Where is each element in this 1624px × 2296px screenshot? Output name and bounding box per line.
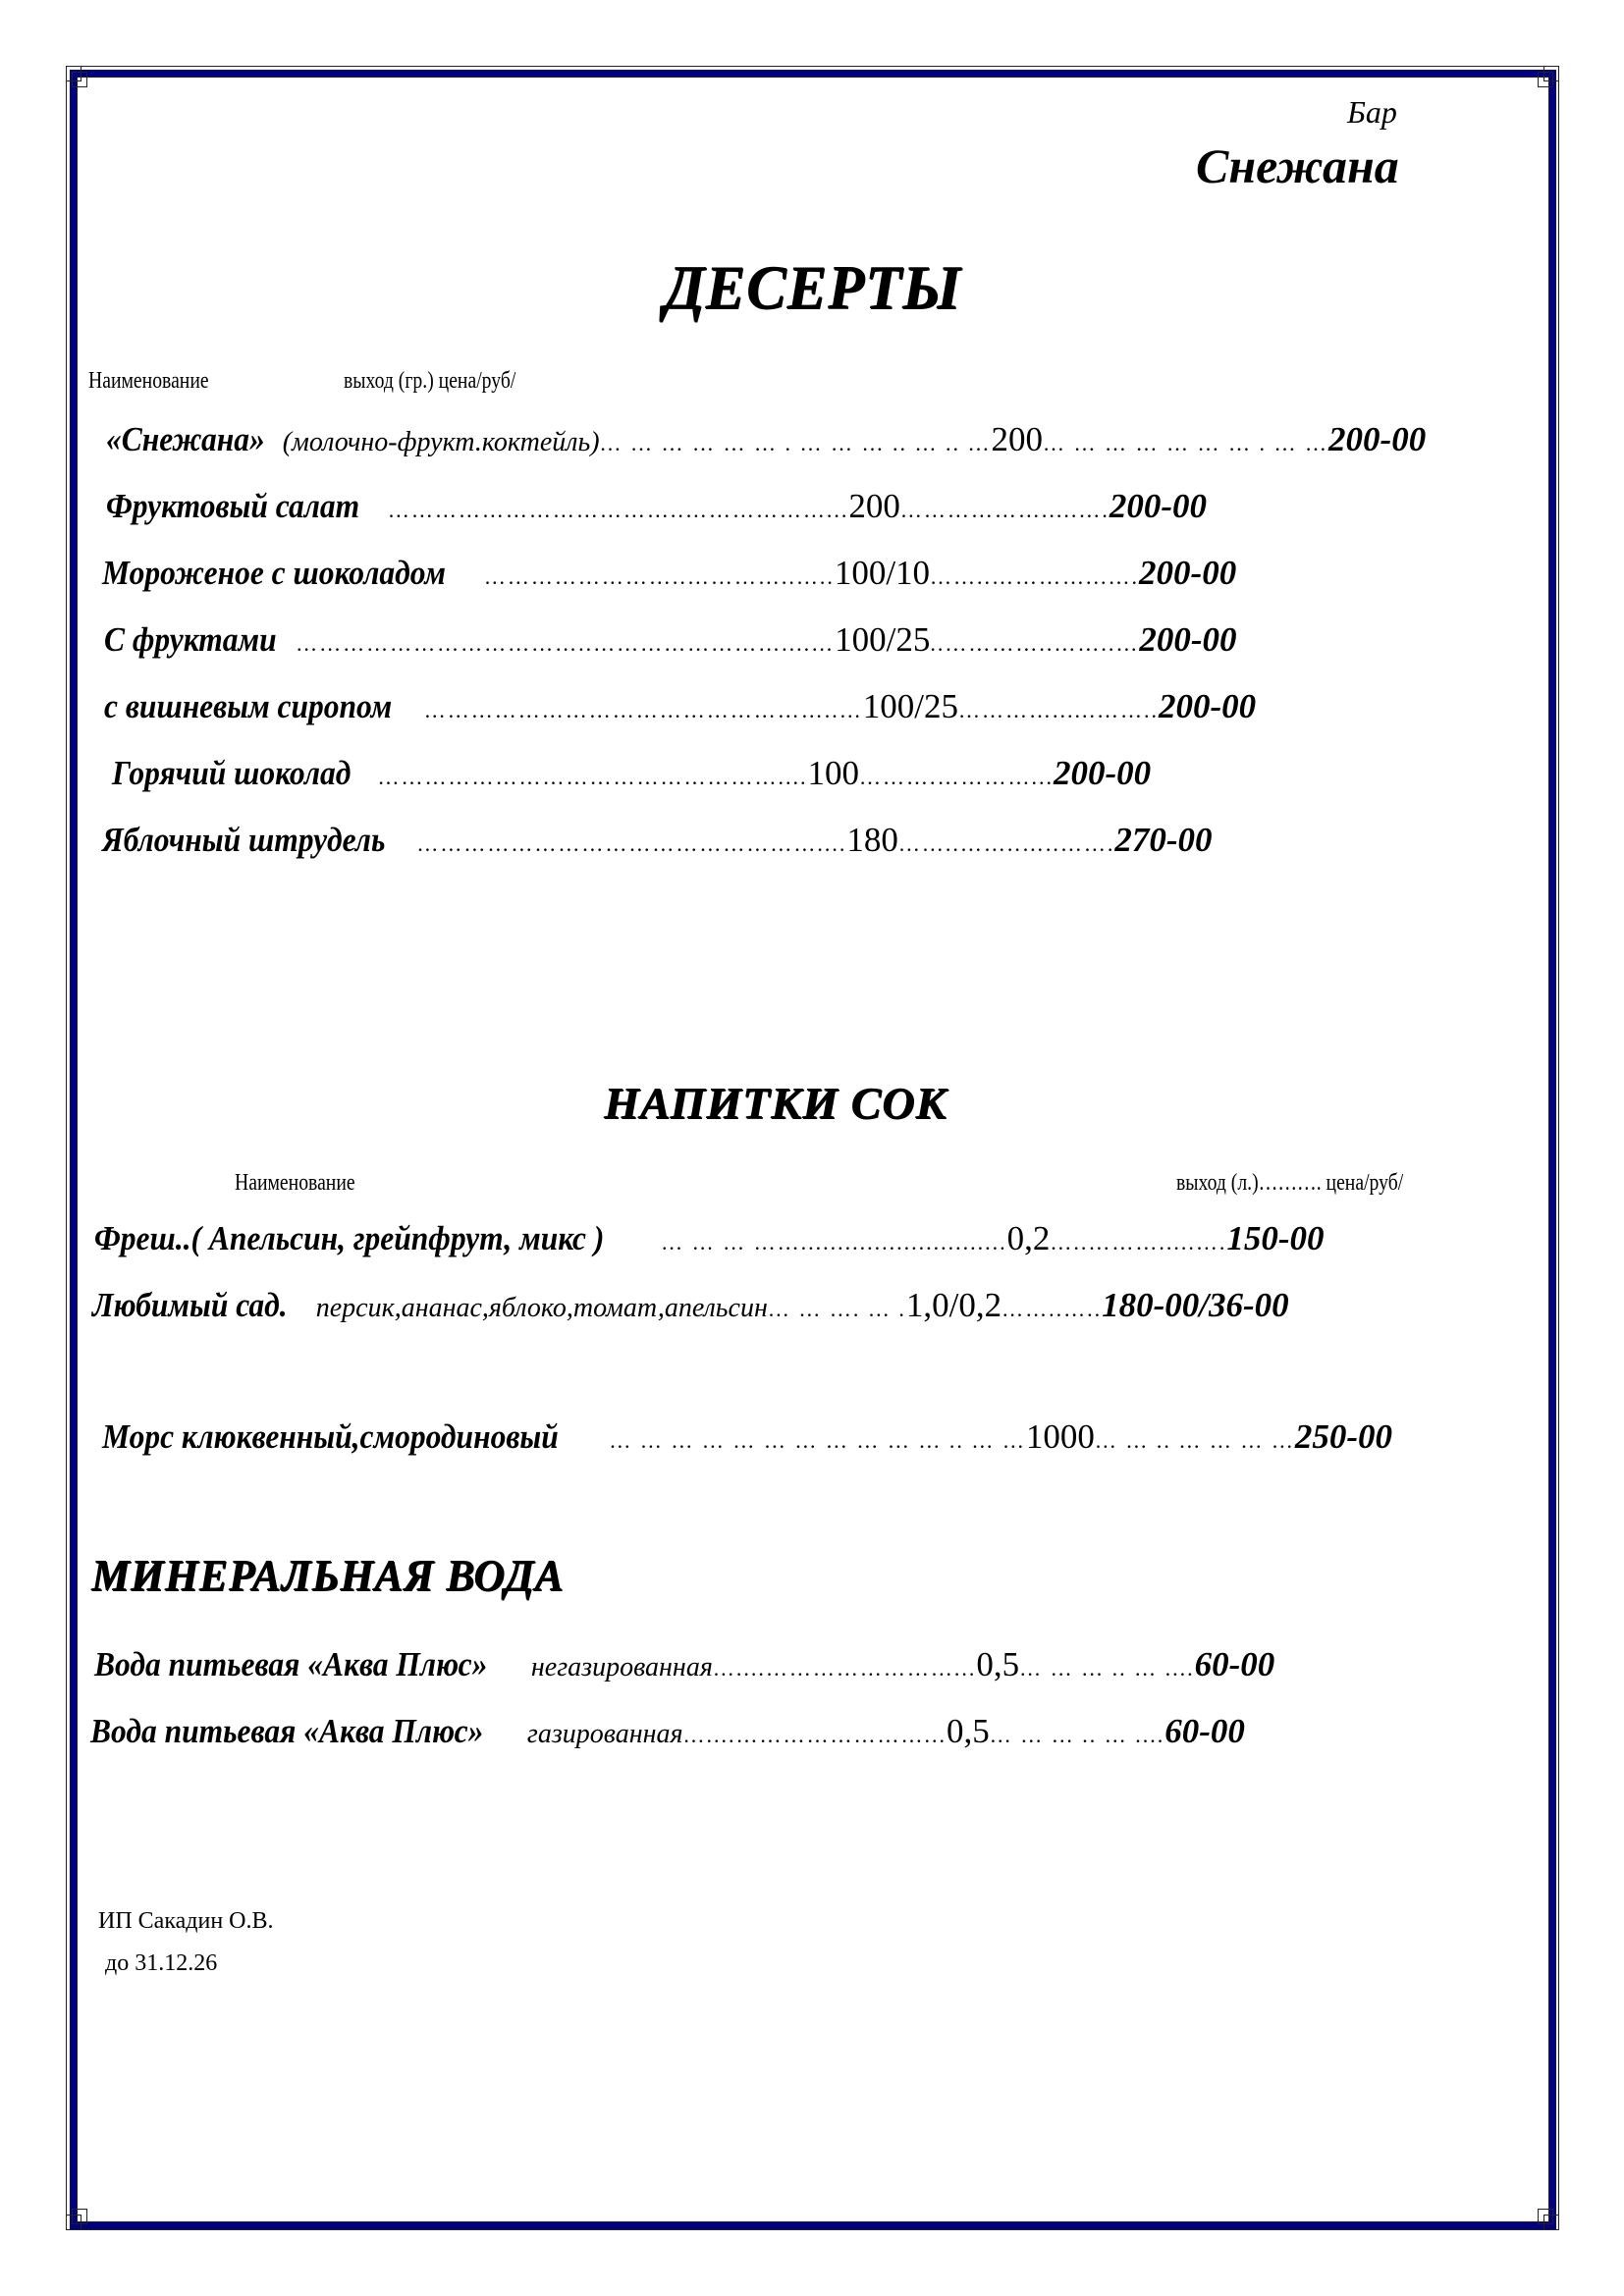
desserts-col-name: Наименование: [88, 368, 209, 395]
item-yield: 100/25: [835, 620, 930, 659]
item-yield: 200: [992, 420, 1044, 458]
menu-item: Яблочный штрудель……………………………………………....18…: [102, 821, 1213, 860]
leader-dots: ……..…………...….: [930, 564, 1139, 589]
leader-dots: …....……………………...: [683, 1723, 947, 1747]
item-price: 200-00: [1139, 620, 1236, 659]
leader-dots: …..……….....….: [1050, 1230, 1226, 1255]
leader-dots: ……………….....….: [900, 498, 1110, 522]
leader-dots: …....……………………...: [713, 1656, 977, 1681]
owner-label: ИП Сакадин О.В.: [98, 1908, 274, 1935]
item-price: 200-00: [1110, 487, 1207, 525]
item-price: 200-00: [1139, 554, 1236, 592]
bar-name: Снежана: [1196, 137, 1399, 194]
leader-dots: ……….…………...: [859, 765, 1054, 789]
leader-dots: … … … .. … ....: [990, 1723, 1165, 1747]
leader-dots: ..…………..……..…: [930, 631, 1139, 656]
item-yield: 200: [848, 487, 900, 525]
item-note: негазированная: [531, 1652, 713, 1682]
item-name: С фруктами: [104, 620, 277, 660]
item-name: Мороженое с шоколадом: [102, 554, 446, 593]
water-title: МИНЕРАЛЬНАЯ ВОДА: [91, 1549, 565, 1601]
corner-ornament: [72, 2209, 87, 2224]
item-name: с вишневым сиропом: [104, 687, 392, 726]
menu-item: Мороженое с шоколадом……………………..…………..…..…: [102, 554, 1236, 593]
item-yield: 100/10: [835, 554, 930, 592]
item-yield: 1000: [1026, 1417, 1095, 1456]
leader-dots: … … .. … … … …: [1095, 1428, 1295, 1453]
corner-ornament: [72, 72, 87, 87]
item-price: 150-00: [1226, 1219, 1324, 1257]
drinks-col-name: Наименование: [235, 1170, 355, 1197]
menu-item: «Снежана»(молочно-фрукт.коктейль)… … … ……: [106, 420, 1426, 459]
item-note: газированная: [527, 1719, 683, 1749]
item-price: 180-00/36-00: [1102, 1286, 1289, 1324]
item-name: «Снежана»: [106, 420, 265, 459]
valid-until-label: до 31.12.26: [105, 1950, 217, 1977]
item-price: 60-00: [1164, 1712, 1245, 1750]
item-yield: 180: [846, 821, 898, 859]
item-price: 200-00: [1159, 687, 1256, 725]
item-name: Фреш..( Апельсин, грейпфрут, микс ): [94, 1219, 604, 1258]
item-yield: 100: [807, 754, 859, 792]
leader-dots: … … … ……............................: [661, 1230, 1007, 1255]
item-note: (молочно-фрукт.коктейль): [283, 427, 600, 457]
leader-dots: … … …. … .: [768, 1297, 906, 1321]
menu-item: Любимый сад. персик,ананас,яблоко,томат,…: [92, 1286, 1289, 1325]
item-name: Любимый сад.: [92, 1286, 288, 1325]
bar-label: Бар: [1347, 94, 1397, 131]
item-name: Фруктовый салат: [106, 487, 359, 526]
page-border-inner: [77, 77, 1549, 2222]
leader-dots: … … … … … … … . … …: [1043, 431, 1328, 455]
item-name: Яблочный штрудель: [102, 821, 385, 860]
item-price: 60-00: [1195, 1645, 1275, 1683]
item-note: персик,ананас,яблоко,томат,апельсин: [309, 1293, 768, 1323]
leader-dots: … … … … … … . … … … .. … .. …: [600, 431, 992, 455]
item-price: 200-00: [1328, 420, 1426, 458]
corner-ornament: [1538, 72, 1553, 87]
leader-dots: …………......……..: [958, 698, 1159, 722]
menu-item: Фруктовый салат………………………………..………………...20…: [106, 487, 1207, 526]
item-price: 200-00: [1054, 754, 1151, 792]
leader-dots: ……………………………………………....: [377, 765, 807, 789]
menu-item: Горячий шоколад……………………………………………....100……: [112, 754, 1151, 793]
leader-dots: … … … … … … … … … … … .. … …: [609, 1428, 1026, 1453]
leader-dots: ………………………………..………………...: [388, 498, 849, 522]
drinks-title: НАПИТКИ СОК: [604, 1077, 947, 1129]
leader-dots: ……………………..…………..…..: [484, 564, 835, 589]
item-yield: 100/25: [863, 687, 958, 725]
menu-item: Вода питьевая «Аква Плюс»газированная…..…: [90, 1712, 1245, 1751]
leader-dots: ……………………………………………..…: [424, 698, 863, 722]
leader-dots: ……..……..…..…….: [898, 831, 1115, 856]
item-name: Горячий шоколад: [112, 754, 351, 793]
item-yield: 0,2: [1007, 1219, 1051, 1257]
menu-item: Фреш..( Апельсин, грейпфрут, микс )… … ……: [94, 1219, 1325, 1258]
item-name: Вода питьевая «Аква Плюс»: [94, 1645, 487, 1684]
leader-dots: ……..…..: [1001, 1297, 1102, 1321]
menu-item: Морс клюквенный,смородиновый… … … … … … …: [102, 1417, 1392, 1457]
menu-item: с вишневым сиропом……………………………………………..…10…: [104, 687, 1256, 726]
desserts-title: ДЕСЕРТЫ: [664, 251, 961, 324]
menu-item: С фруктами………………………………..……………………....…100…: [104, 620, 1237, 660]
menu-item: Вода питьевая «Аква Плюс»негазированная……: [94, 1645, 1274, 1684]
item-name: Вода питьевая «Аква Плюс»: [90, 1712, 483, 1751]
leader-dots: … … … .. … ....: [1019, 1656, 1195, 1681]
item-price: 250-00: [1295, 1417, 1392, 1456]
item-yield: 1,0/0,2: [906, 1286, 1001, 1324]
desserts-col-yield-price: выход (гр.) цена/руб/: [344, 368, 515, 395]
drinks-col-yield-price: выход (л.)………. цена/руб/: [1176, 1170, 1403, 1197]
item-yield: 0,5: [947, 1712, 990, 1750]
leader-dots: ………………………………..……………………....…: [296, 631, 835, 656]
item-yield: 0,5: [976, 1645, 1019, 1683]
item-name: Морс клюквенный,смородиновый: [102, 1417, 559, 1457]
item-price: 270-00: [1114, 821, 1212, 859]
leader-dots: ……………………………………………....: [416, 831, 846, 856]
corner-ornament: [1538, 2209, 1553, 2224]
